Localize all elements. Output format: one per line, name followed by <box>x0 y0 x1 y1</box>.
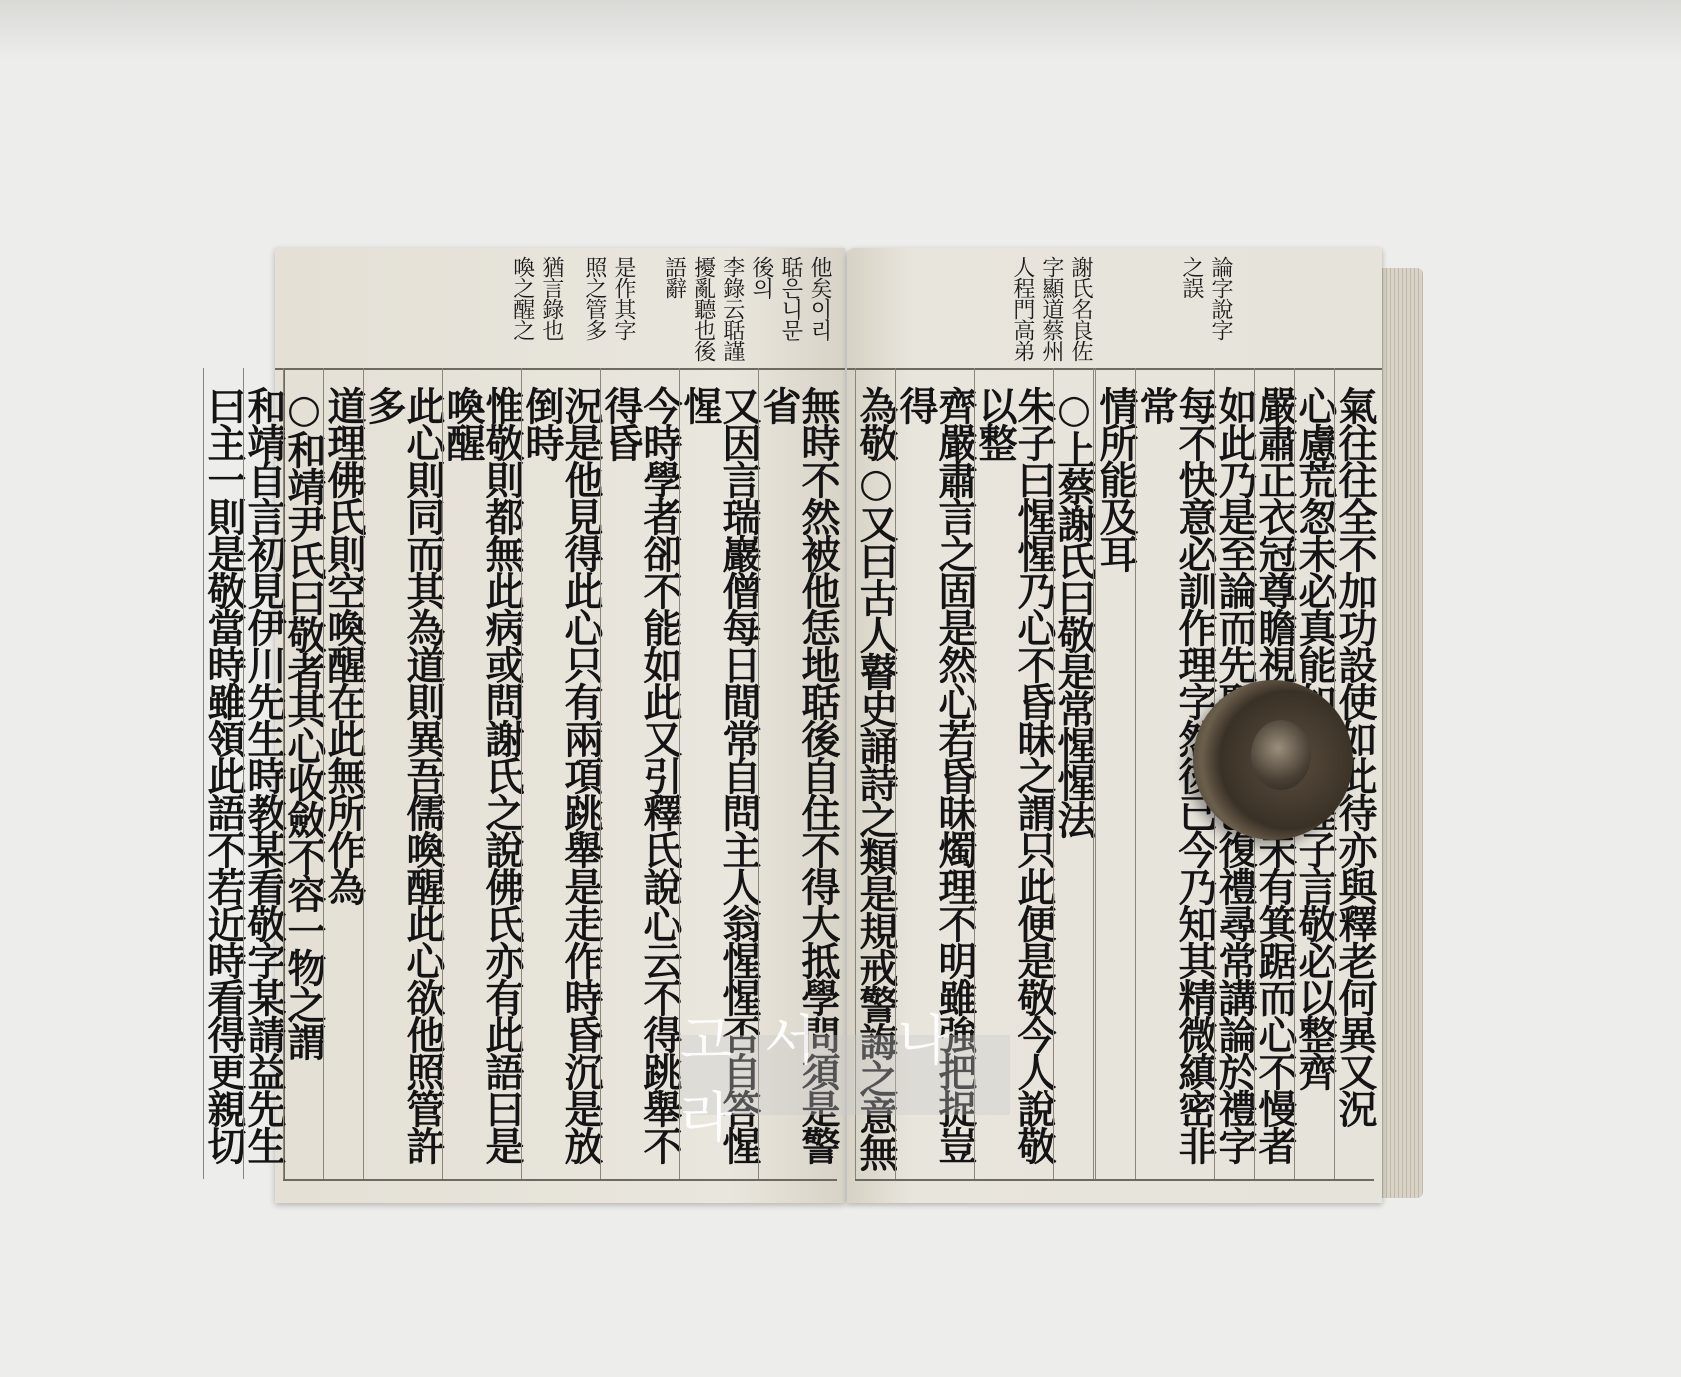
column-text: 況是他見得此心只有兩項跳舉是走作時昏沉是放倒時 <box>522 386 600 1179</box>
column-text: 情所能及耳 <box>1096 386 1135 1179</box>
text-column: ○上蔡謝氏曰敬是常惺惺法 <box>1053 368 1093 1179</box>
header-note: 謝氏名良佐 <box>1069 256 1092 361</box>
column-text: ○和靖尹氏曰敬者其心收斂不容一物之謂 <box>284 386 323 1179</box>
text-column: 今時學者卻不能如此又引釋氏說心云不得跳舉不得昏 <box>600 368 679 1179</box>
header-note: 他矣이리 <box>808 256 831 361</box>
header-note: 後의 <box>750 256 773 361</box>
column-text: 此心則同而其為道則異吾儒喚醒此心欲他照管許多 <box>364 386 442 1179</box>
text-column: 曰主一則是敬當時雖領此語不若近時看得更親切 <box>203 368 243 1179</box>
header-note: 論字說字 <box>1209 256 1232 340</box>
text-column: 況是他見得此心只有兩項跳舉是走作時昏沉是放倒時 <box>521 368 600 1179</box>
column-text: ○上蔡謝氏曰敬是常惺惺法 <box>1054 386 1093 1179</box>
header-note: 語辭 <box>662 256 685 361</box>
right-header-band: 論字說字 之誤 謝氏名良佐 字顯道蔡州 人程門高弟 <box>847 248 1382 370</box>
header-note: 是作其字 <box>612 256 635 340</box>
header-note: 擾亂聽也後 <box>692 256 715 361</box>
text-column: ○和靖尹氏曰敬者其心收斂不容一物之謂 <box>283 368 323 1179</box>
column-text: 道理佛氏則空喚醒在此無所作為 <box>324 386 363 1179</box>
header-note: 李錄云聒謹 <box>721 256 744 361</box>
background-top-shadow <box>0 0 1681 60</box>
column-text: 和靖自言初見伊川先生時教某看敬字某請益先生 <box>244 386 283 1179</box>
right-header-notes-b: 謝氏名良佐 字顯道蔡州 人程門高弟 <box>1011 256 1092 361</box>
column-text: 今時學者卻不能如此又引釋氏說心云不得跳舉不得昏 <box>601 386 679 1179</box>
header-note: 人程門高弟 <box>1011 256 1034 361</box>
header-note: 猶言錄也 <box>540 256 563 340</box>
right-header-notes-a: 論字說字 之誤 <box>1180 256 1232 340</box>
header-note: 照之管多 <box>583 256 606 340</box>
paperweight-knob <box>1251 720 1311 790</box>
header-note: 聒은니문 <box>779 256 802 361</box>
column-text: 曰主一則是敬當時雖領此語不若近時看得更親切 <box>204 386 243 1179</box>
text-column: 此心則同而其為道則異吾儒喚醒此心欲他照管許多 <box>363 368 442 1179</box>
text-column: 和靖自言初見伊川先生時教某看敬字某請益先生 <box>243 368 283 1179</box>
text-column: 道理佛氏則空喚醒在此無所作為 <box>323 368 363 1179</box>
header-note: 字顯道蔡州 <box>1040 256 1063 361</box>
page-edges <box>1375 268 1423 1198</box>
left-header-notes-b: 是作其字 照之管多 猶言錄也 喚之醒之 <box>511 256 635 340</box>
header-note: 喚之醒之 <box>511 256 534 340</box>
brass-paperweight <box>1193 680 1353 840</box>
left-header-notes-a: 他矣이리 聒은니문 後의 李錄云聒謹 擾亂聽也後 語辭 <box>662 256 831 361</box>
header-note: 之誤 <box>1180 256 1203 340</box>
text-column: 惟敬則都無此病或問謝氏之說佛氏亦有此語曰是喚醒 <box>442 368 521 1179</box>
watermark: 고서 나라 <box>680 1035 1010 1115</box>
column-text: 惟敬則都無此病或問謝氏之說佛氏亦有此語曰是喚醒 <box>443 386 521 1179</box>
left-header-band: 他矣이리 聒은니문 後의 李錄云聒謹 擾亂聽也後 語辭 是作其字 照之管多 猶言… <box>275 248 845 370</box>
text-column: 情所能及耳 <box>1095 368 1135 1179</box>
